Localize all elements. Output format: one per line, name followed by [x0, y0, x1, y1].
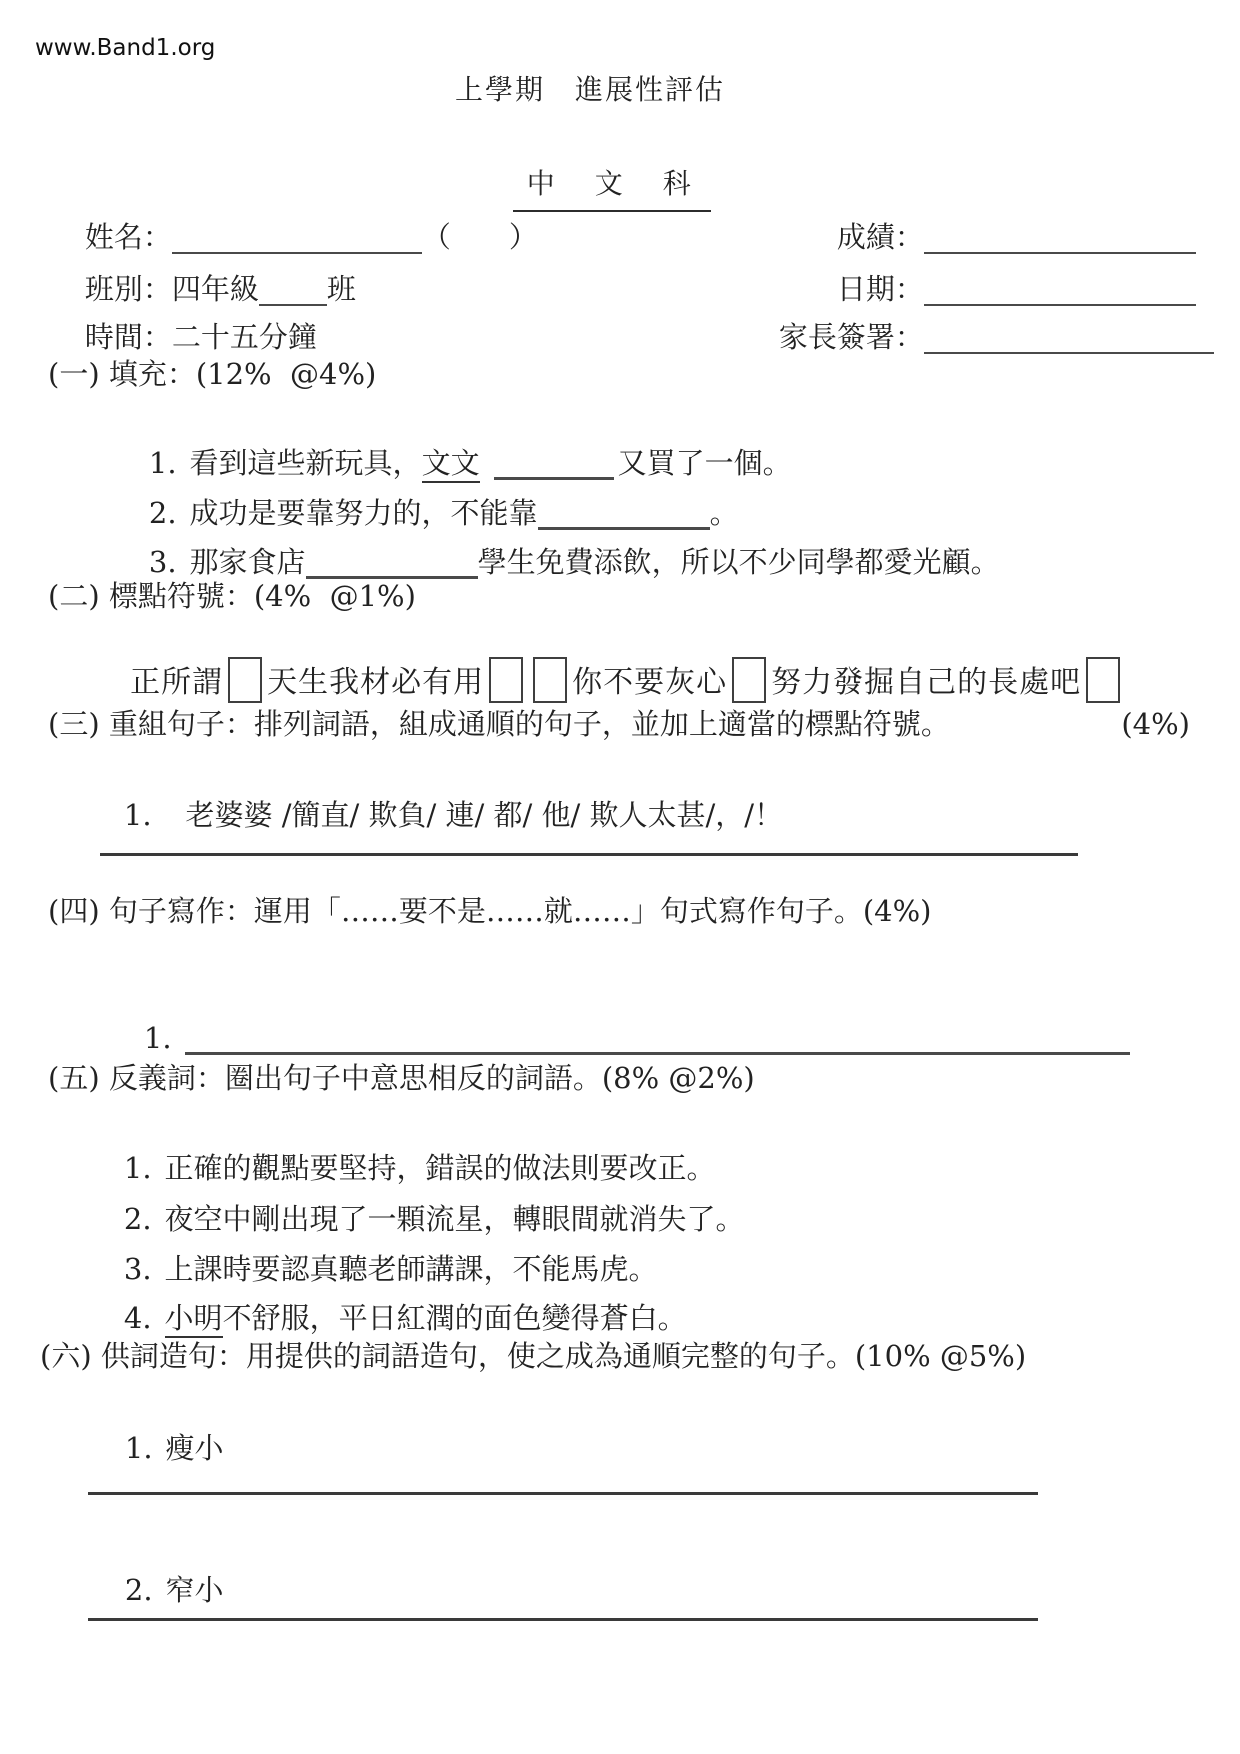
section-fill-heading: (一) 填充：(12% @4%): [48, 356, 376, 394]
time-value: 二十五分鐘: [172, 320, 317, 354]
parent-sign-label: 家長簽署：: [774, 319, 924, 357]
exam-paper-page: www.Band1.org 上學期 進展性評估 中 文 科 姓名：（ ） 成績：…: [0, 0, 1240, 1754]
question-number: 3.: [149, 544, 177, 582]
section-antonym-heading: (五) 反義詞：圈出句子中意思相反的詞語。(8% @2%): [48, 1060, 755, 1098]
question-text: 那家食店: [190, 545, 306, 579]
class-suffix-text: 班: [327, 272, 356, 306]
question-text: 老婆婆 /簡直/ 欺負/ 連/ 都/ 他/ 欺人太甚/，/！: [186, 798, 783, 832]
make-sentence-answer-line-2: [88, 1618, 1038, 1621]
parent-sign-blank: [924, 322, 1214, 354]
section-reorder-heading: (三) 重組句子：排列詞語，組成通順的句子，並加上適當的標點符號。: [48, 706, 950, 744]
question-number: 1.: [144, 1020, 172, 1058]
punctuation-box: [533, 657, 567, 703]
punct-segment-4: 努力發掘自己的長處吧: [771, 665, 1081, 700]
punctuation-box: [489, 657, 523, 703]
subject-title: 中 文 科: [513, 166, 711, 211]
given-word: 窄小: [166, 1573, 224, 1607]
section-reorder-heading-row: (三) 重組句子：排列詞語，組成通順的句子，並加上適當的標點符號。 (4%): [48, 706, 1190, 744]
question-number: 1.: [125, 1430, 153, 1468]
question-text: 不舒服，平日紅潤的面色變得蒼白。: [223, 1301, 687, 1335]
exam-title: 上學期 進展性評估: [0, 72, 1180, 108]
make-sentence-question-1: 1.瘦小: [88, 1392, 224, 1505]
punct-segment-2: 天生我材必有用: [267, 665, 484, 700]
question-number: 1.: [124, 797, 152, 835]
make-sentence-question-2: 2.窄小: [88, 1534, 224, 1647]
sentence-answer-blank: [185, 1022, 1130, 1055]
time-label: 時間：: [85, 320, 172, 354]
question-number: 4.: [124, 1300, 152, 1338]
given-word: 瘦小: [166, 1431, 224, 1465]
punct-segment-1: 正所謂: [130, 665, 223, 700]
answer-blank: [306, 546, 478, 579]
make-sentence-answer-line-1: [88, 1492, 1038, 1495]
question-text: 學生免費添飲，所以不少同學都愛光顧。: [478, 545, 1000, 579]
punctuation-box: [228, 657, 262, 703]
parent-sign-field: 家長簽署：: [737, 281, 1214, 394]
watermark-text: www.Band1.org: [35, 34, 215, 64]
question-number: 2.: [125, 1572, 153, 1610]
section-reorder-marks: (4%): [1121, 706, 1190, 744]
section-make-sentence-heading: (六) 供詞造句：用提供的詞語造句，使之成為通順完整的句子。(10% @5%): [40, 1338, 1026, 1376]
punctuation-box: [1086, 657, 1120, 703]
reorder-answer-line: [100, 853, 1078, 856]
underlined-name: 小明: [165, 1301, 223, 1338]
section-punctuation-heading: (二) 標點符號：(4% @1%): [48, 578, 416, 616]
section-sentence-heading: (四) 句子寫作：運用「……要不是……就……」句式寫作句子。(4%): [48, 893, 931, 931]
class-number-paren: （ ）: [422, 220, 538, 254]
punctuation-box: [732, 657, 766, 703]
punct-segment-3: 你不要灰心: [572, 665, 727, 700]
